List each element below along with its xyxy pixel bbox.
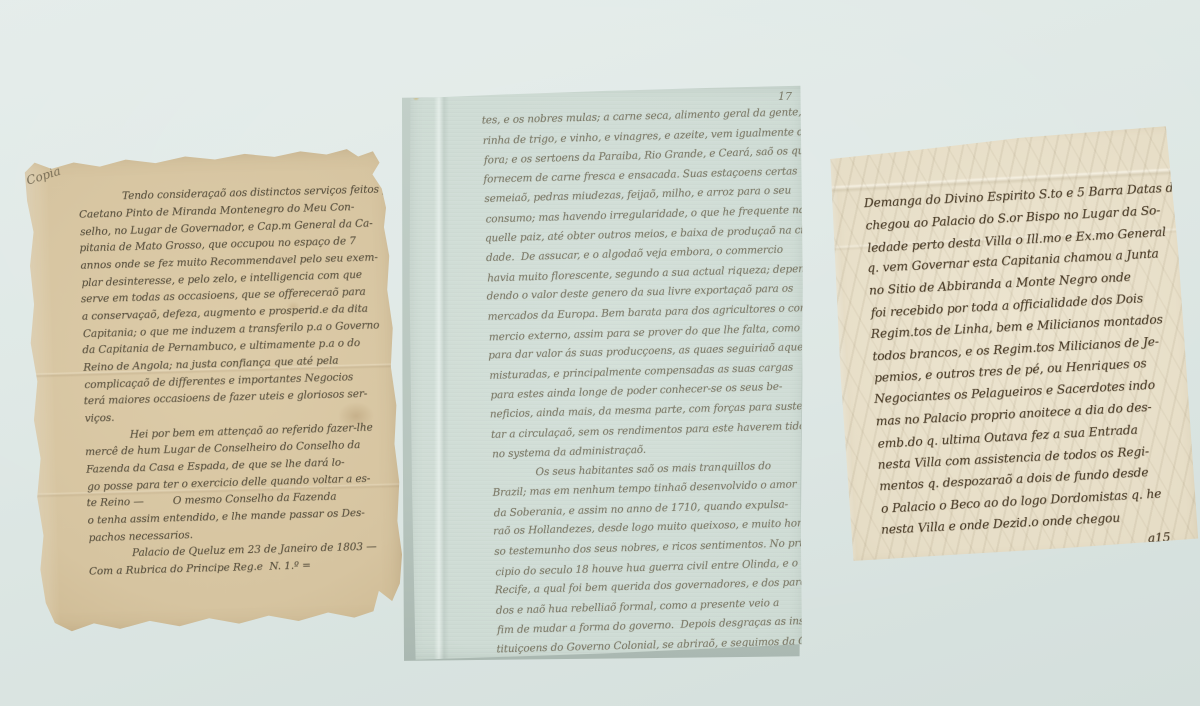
page-number: 17 [778,90,792,103]
manuscript-middle-text: tes, e os nobres mulas; a carne seca, al… [482,103,805,660]
copia-annotation: Copia [25,164,63,188]
manuscript-right-text: Demanga do Divino Espirito S.to e 5 Barr… [864,178,1185,564]
manuscript-right: Demanga do Divino Espirito S.to e 5 Barr… [825,119,1200,569]
manuscript-middle: 17 tes, e os nobres mulas; a carne seca,… [406,84,806,662]
manuscript-left: Copia Tendo consideraçaõ aos distinctos … [21,145,406,637]
photo-backdrop: Copia Tendo consideraçaõ aos distinctos … [0,0,1200,706]
manuscript-left-text: Tendo consideraçaõ aos distinctos serviç… [78,182,379,581]
